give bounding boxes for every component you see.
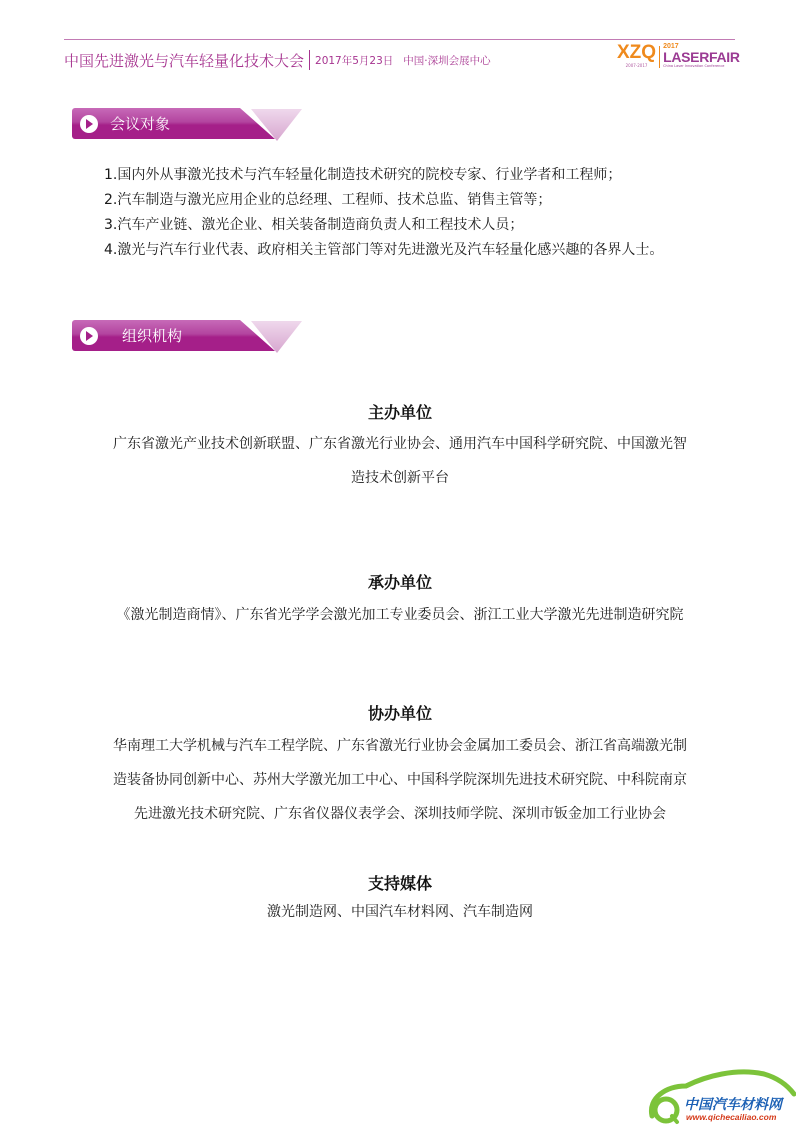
header-separator <box>309 50 310 70</box>
watermark-name: 中国汽车材料网 <box>684 1094 782 1114</box>
org-line: 《激光制造商情》、广东省光学学会激光加工专业委员会、浙江工业大学激光先进制造研究… <box>60 598 740 632</box>
list-item: 4.激光与汽车行业代表、政府相关主管部门等对先进激光及汽车轻量化感兴趣的各界人士… <box>104 238 663 263</box>
org-line: 激光制造网、中国汽车材料网、汽车制造网 <box>60 895 740 929</box>
logo-separator <box>659 46 660 68</box>
org-heading-host: 主办单位 <box>0 400 800 423</box>
org-line: 华南理工大学机械与汽车工程学院、广东省激光行业协会金属加工委员会、浙江省高端激光… <box>60 729 740 763</box>
play-circle-icon <box>80 327 98 345</box>
banner-bar <box>72 108 275 139</box>
org-heading-co-organizer: 协办单位 <box>0 701 800 724</box>
list-item: 2.汽车制造与激光应用企业的总经理、工程师、技术总监、销售主管等； <box>104 188 663 213</box>
org-line: 广东省激光产业技术创新联盟、广东省激光行业协会、通用汽车中国科学研究院、中国激光… <box>60 427 740 461</box>
org-line: 先进激光技术研究院、广东省仪器仪表学会、深圳技师学院、深圳市钣金加工行业协会 <box>60 797 740 831</box>
section-title: 组织机构 <box>122 326 182 346</box>
org-body-host: 广东省激光产业技术创新联盟、广东省激光行业协会、通用汽车中国科学研究院、中国激光… <box>60 427 740 495</box>
xzq-years: 2007-2017 <box>626 63 648 68</box>
audience-list: 1.国内外从事激光技术与汽车轻量化制造技术研究的院校专家、行业学者和工程师； 2… <box>104 163 663 263</box>
play-circle-icon <box>80 115 98 133</box>
header-divider <box>64 39 735 40</box>
org-line: 造装备协同创新中心、苏州大学激光加工中心、中国科学院深圳先进技术研究院、中科院南… <box>60 763 740 797</box>
laserfair-text: LASERFAIR <box>663 50 740 64</box>
section-banner-organization: 组织机构 <box>72 318 302 354</box>
laserfair-logo: XZQ 2007-2017 2017 LASERFAIR China Laser… <box>617 43 740 73</box>
org-heading-organizer: 承办单位 <box>0 570 800 593</box>
conference-date: 2017年5月23日 <box>315 53 393 68</box>
section-banner-audience: 会议对象 <box>72 106 302 142</box>
org-body-co-organizer: 华南理工大学机械与汽车工程学院、广东省激光行业协会金属加工委员会、浙江省高端激光… <box>60 729 740 831</box>
org-body-organizer: 《激光制造商情》、广东省光学学会激光加工专业委员会、浙江工业大学激光先进制造研究… <box>60 598 740 632</box>
org-body-media: 激光制造网、中国汽车材料网、汽车制造网 <box>60 895 740 929</box>
laserfair-subtitle: China Laser Innovation Conference <box>663 64 740 69</box>
watermark-url: www.qichecailiao.com <box>686 1112 776 1122</box>
xzq-text: XZQ <box>617 43 656 63</box>
qichecailiao-watermark: 中国汽车材料网 www.qichecailiao.com <box>646 1068 796 1126</box>
org-line: 造技术创新平台 <box>60 461 740 495</box>
xzq-logo: XZQ 2007-2017 <box>617 43 656 68</box>
org-heading-media: 支持媒体 <box>0 871 800 894</box>
laserfair-wordmark: 2017 LASERFAIR China Laser Innovation Co… <box>663 43 740 69</box>
section-title: 会议对象 <box>110 114 170 134</box>
list-item: 1.国内外从事激光技术与汽车轻量化制造技术研究的院校专家、行业学者和工程师； <box>104 163 663 188</box>
conference-title: 中国先进激光与汽车轻量化技术大会 <box>64 50 304 71</box>
page-header: 中国先进激光与汽车轻量化技术大会 2017年5月23日 中国·深圳会展中心 <box>64 48 491 72</box>
conference-venue: 中国·深圳会展中心 <box>403 53 490 68</box>
list-item: 3.汽车产业链、激光企业、相关装备制造商负责人和工程技术人员； <box>104 213 663 238</box>
